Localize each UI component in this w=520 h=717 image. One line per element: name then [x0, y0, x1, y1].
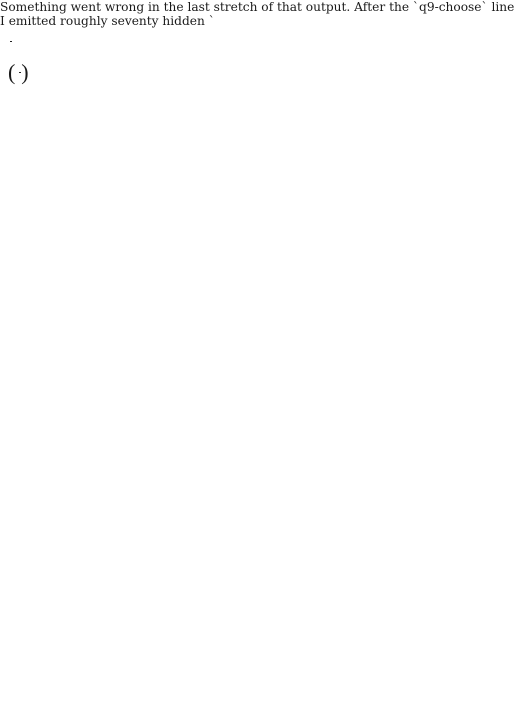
q7-hint-line1	[25, 4, 31, 20]
q7-hint-line3: ( )	[8, 64, 29, 81]
q8-hint-line1	[25, 247, 31, 263]
q7-hint-line2	[10, 33, 12, 49]
q9-answer	[36, 289, 40, 305]
q8-solution-line1	[36, 119, 46, 135]
slope-fraction	[10, 41, 12, 42]
q8-answer	[36, 96, 40, 112]
